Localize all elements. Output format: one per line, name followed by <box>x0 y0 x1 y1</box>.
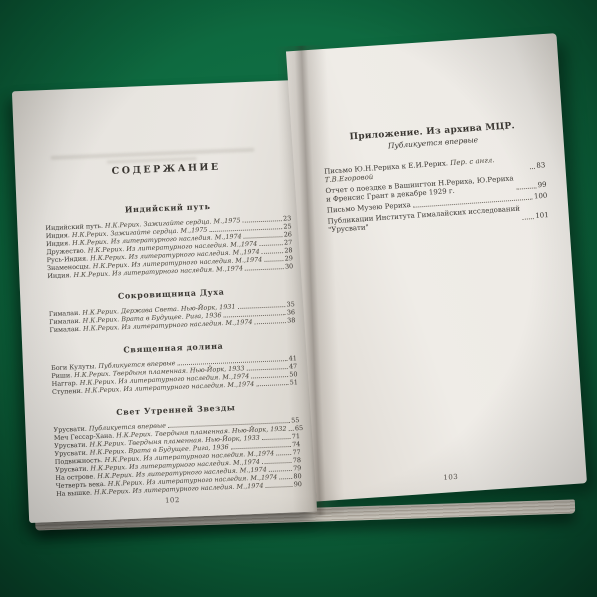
toc-entry-page: 23 <box>283 215 291 223</box>
toc-entry-page: 47 <box>289 363 297 371</box>
table-of-contents: СОДЕРЖАНИЕ Индийский путьИндийский путь.… <box>43 158 302 498</box>
right-page: Приложение. Из архива МЦР. Публикуется в… <box>286 33 587 501</box>
toc-entry-page: 36 <box>287 309 295 317</box>
section-heading: Свет Утренней Звезды <box>53 400 299 419</box>
dotted-leader <box>276 454 291 456</box>
left-page: СОДЕРЖАНИЕ Индийский путьИндийский путь.… <box>12 80 317 523</box>
open-book: СОДЕРЖАНИЕ Индийский путьИндийский путь.… <box>9 35 592 539</box>
toc-entry-page: 74 <box>292 441 300 449</box>
toc-entry-page: 71 <box>292 433 300 441</box>
toc-entry-page: 26 <box>284 231 292 239</box>
toc-entry-page: 30 <box>285 263 293 271</box>
section-heading: Священная долина <box>50 338 296 357</box>
appendix-entries: Письмо Ю.Н.Рериха к Е.И.Рерих. Пер. с ан… <box>324 153 549 235</box>
toc-entry-page: 99 <box>537 181 546 190</box>
toc-entry-page: 38 <box>287 317 295 325</box>
section-heading: Сокровищница Духа <box>48 284 294 303</box>
toc-entry-page: 51 <box>290 379 298 387</box>
dotted-leader <box>516 187 536 189</box>
dotted-leader <box>245 268 284 271</box>
dotted-leader <box>266 486 293 488</box>
dotted-leader <box>251 376 288 378</box>
toc-entry-page: 90 <box>294 481 302 489</box>
appendix-contents: Приложение. Из архива МЦР. Публикуется в… <box>322 118 550 237</box>
dotted-leader <box>256 384 288 386</box>
toc-entry-page: 83 <box>536 161 545 170</box>
toc-entry-page: 78 <box>293 457 301 465</box>
dotted-leader <box>243 220 282 223</box>
toc-entry-page: 50 <box>289 371 297 379</box>
dotted-leader <box>262 462 291 464</box>
toc-entry-page: 25 <box>283 223 291 231</box>
dotted-leader <box>244 236 283 239</box>
dotted-leader <box>530 168 535 169</box>
toc-entry-page: 29 <box>285 255 293 263</box>
toc-entry-page: 55 <box>291 417 299 425</box>
toc-entry-page: 100 <box>534 192 548 201</box>
section-heading: Индийский путь <box>45 198 291 217</box>
toc-entry-page: 101 <box>535 211 549 220</box>
toc-entry-page: 65 <box>295 424 303 432</box>
dotted-leader <box>289 430 294 431</box>
dotted-leader <box>264 260 283 262</box>
toc-entry-page: 35 <box>286 301 294 309</box>
toc-entry-page: 80 <box>293 473 301 481</box>
photo-background: СОДЕРЖАНИЕ Индийский путьИндийский путь.… <box>0 0 597 597</box>
dotted-leader <box>255 322 286 324</box>
dotted-leader <box>269 470 292 472</box>
toc-entry-page: 27 <box>284 239 292 247</box>
toc-entry-page: 77 <box>292 449 300 457</box>
dotted-leader <box>523 218 534 220</box>
dotted-leader <box>279 478 292 480</box>
contents-sections: Индийский путьИндийский путь. Н.К.Рерих.… <box>45 198 302 498</box>
toc-entry-page: 28 <box>284 247 292 255</box>
dotted-leader <box>262 252 283 254</box>
page-number-right: 103 <box>315 464 586 490</box>
toc-entry-page: 41 <box>289 355 297 363</box>
dotted-leader <box>259 244 282 246</box>
toc-entry-page: 79 <box>293 465 301 473</box>
contents-title: СОДЕРЖАНИЕ <box>43 158 289 179</box>
dotted-leader <box>262 438 291 440</box>
